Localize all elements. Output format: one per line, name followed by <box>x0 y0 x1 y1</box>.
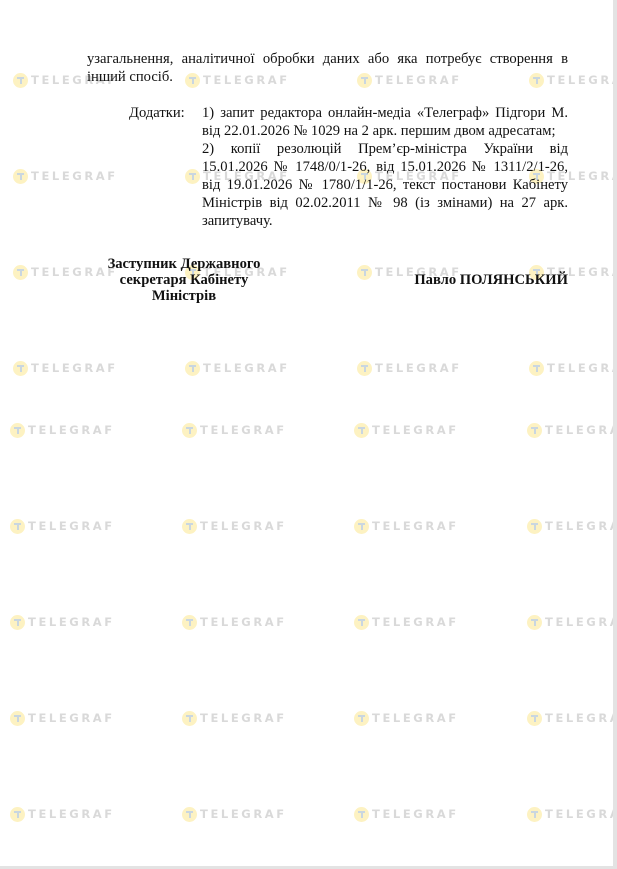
signatory-position: Заступник Державного секретаря Кабінету … <box>87 256 281 304</box>
attachment-item: 1) запит редактора онлайн-медіа «Телегра… <box>202 104 568 140</box>
attachments-label: Додатки: <box>129 104 185 122</box>
document-page: TELEGRAFTELEGRAFTELEGRAFTELEGRAFTELEGRAF… <box>0 0 613 866</box>
signatory-position-line2: секретаря Кабінету Міністрів <box>87 272 281 304</box>
paragraph-continuation: узагальнення, аналітичної обробки даних … <box>87 50 568 86</box>
signatory-position-line1: Заступник Державного <box>87 256 281 272</box>
attachment-item: 2) копії резолюцій Прем’єр-міністра Укра… <box>202 140 568 230</box>
signatory-name: Павло ПОЛЯНСЬКИЙ <box>414 272 568 288</box>
attachments-list: 1) запит редактора онлайн-медіа «Телегра… <box>202 104 568 230</box>
document-body: узагальнення, аналітичної обробки даних … <box>0 0 613 866</box>
